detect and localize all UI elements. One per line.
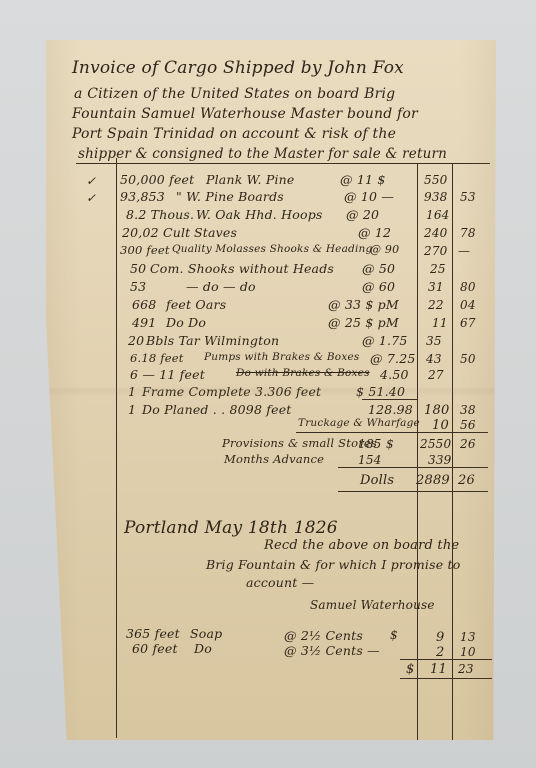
item-dollars: 35 <box>426 334 442 348</box>
item-dollars: 240 <box>424 226 448 240</box>
total-cents: 26 <box>458 473 475 488</box>
item-desc: Bbls Tar Wilmington <box>146 333 279 348</box>
receipt-line-2: Brig Fountain & for which I promise to <box>206 557 460 572</box>
item-qty: 50 <box>130 261 146 276</box>
item-cents: — <box>458 244 470 258</box>
item-rate: @ 25 $ pM <box>328 315 399 330</box>
soap-total-dollars: 11 <box>430 662 447 677</box>
item-cents: 78 <box>460 226 476 240</box>
item-dollars: 43 <box>426 352 442 366</box>
advance-dollars: 339 <box>428 453 452 467</box>
subtotal-cents: 26 <box>460 437 476 451</box>
item-rate: @ 33 $ pM <box>328 297 399 312</box>
total-dollars: 2889 <box>416 473 450 488</box>
item-desc: W. Oak Hhd. Hoops <box>196 207 323 222</box>
item-rate: @ 60 <box>362 279 395 294</box>
item-cents: 50 <box>460 352 476 366</box>
item-qty: 668 <box>132 297 156 312</box>
dollar-sign: $ <box>386 437 394 451</box>
item-desc: — do — do <box>186 279 256 294</box>
margin-line <box>116 158 117 738</box>
soap-underline <box>400 678 492 679</box>
soap-total-cents: 23 <box>458 662 474 676</box>
item-qty: 1 <box>128 384 136 399</box>
total-underline <box>338 491 488 492</box>
item-rate: $ 51.40 <box>356 384 405 399</box>
item-rate: 128.98 <box>368 402 413 417</box>
item-rate: @ 11 $ <box>340 172 386 187</box>
item-rate: @ 50 <box>362 261 395 276</box>
header-line-1: Invoice of Cargo Shipped by John Fox <box>72 58 404 78</box>
soap-qty: 60 feet <box>132 641 178 656</box>
item-qty: 20 <box>128 333 144 348</box>
total-label: Dolls <box>360 473 394 488</box>
provisions-label: Provisions & small Stores <box>222 436 377 450</box>
item-dollars: 11 <box>432 316 448 330</box>
header-line-4: Port Spain Trinidad on account & risk of… <box>72 126 396 142</box>
header-rule <box>76 163 490 164</box>
subtotal-rule <box>362 399 418 400</box>
item-qty: 53 <box>130 279 146 294</box>
item-qty: 300 feet <box>120 243 170 257</box>
item-cents: 53 <box>460 190 476 204</box>
dollars-column-line <box>417 164 418 740</box>
item-rate: 4.50 <box>380 367 409 382</box>
item-desc: Truckage & Wharfage <box>298 417 420 429</box>
cents-column-line <box>452 164 453 740</box>
item-rate: @ 90 <box>370 243 399 256</box>
item-dollars: 27 <box>428 368 444 382</box>
total-rule <box>338 467 488 468</box>
header-line-5: shipper & consigned to the Master for sa… <box>78 146 447 162</box>
item-dollars: 938 <box>424 190 448 204</box>
receipt-line-1: Recd the above on board the <box>264 538 459 553</box>
item-desc: Frame Complete 3.306 feet <box>142 384 321 399</box>
item-cents: 56 <box>460 418 476 432</box>
item-desc: " W. Pine Boards <box>176 189 284 204</box>
invoice-paper: Invoice of Cargo Shipped by John Fox a C… <box>46 40 496 740</box>
item-desc: Do Planed . . 8098 feet <box>142 402 292 417</box>
item-qty: 93,853 <box>120 189 165 204</box>
item-qty: 20,02 Cult <box>122 225 190 240</box>
soap-rate: @ 3½ Cents — <box>284 643 380 658</box>
item-desc: Do Do <box>166 315 206 330</box>
item-qty: 6 — 11 feet <box>130 367 205 382</box>
item-cents: 67 <box>460 316 476 330</box>
header-line-3: Fountain Samuel Waterhouse Master bound … <box>72 106 418 122</box>
item-dollars: 25 <box>430 262 446 276</box>
item-qty: 491 <box>132 315 156 330</box>
provisions-amount: 185 <box>358 437 382 451</box>
item-qty: 6.18 feet <box>130 351 184 365</box>
item-dollars: 22 <box>428 298 444 312</box>
item-qty: 1 <box>128 402 136 417</box>
item-dollars: 10 <box>432 418 449 433</box>
item-desc: Pumps with Brakes & Boxes <box>204 351 359 363</box>
item-desc: Do with Brakes & Boxes <box>236 367 370 379</box>
check-mark: ✓ <box>86 174 96 188</box>
item-rate: @ 10 — <box>344 189 394 204</box>
soap-cents: 10 <box>460 645 476 659</box>
header-line-2: a Citizen of the United States on board … <box>74 86 395 102</box>
truckage-rule <box>296 432 488 433</box>
item-dollars: 180 <box>424 403 449 418</box>
item-cents: 04 <box>460 298 476 312</box>
signature: Samuel Waterhouse <box>310 598 435 612</box>
item-cents: 80 <box>460 280 476 294</box>
soap-desc: Do <box>194 641 212 656</box>
item-qty: 8.2 Thous. <box>126 207 194 222</box>
item-rate: @ 12 <box>358 225 391 240</box>
item-rate: @ 20 <box>346 207 379 222</box>
soap-cents: 13 <box>460 630 476 644</box>
soap-desc: Soap <box>190 626 222 641</box>
item-rate: @ 7.25 <box>370 351 416 366</box>
item-dollars: 164 <box>426 208 450 222</box>
soap-total-sign: $ <box>406 662 414 677</box>
item-rate: @ 1.75 <box>362 333 408 348</box>
item-desc: Quality Molasses Shooks & Heading <box>172 243 372 255</box>
item-dollars: 550 <box>424 173 448 187</box>
item-desc: Com. Shooks without Heads <box>150 261 334 276</box>
advance-amount: 154 <box>358 453 382 467</box>
place-date: Portland May 18th 1826 <box>124 518 338 538</box>
soap-qty: 365 feet <box>126 626 180 641</box>
soap-rule <box>400 659 492 660</box>
item-desc: feet Oars <box>166 297 226 312</box>
soap-rate: @ 2½ Cents <box>284 628 363 643</box>
receipt-line-3: account — <box>246 575 314 590</box>
item-cents: 38 <box>460 403 476 417</box>
item-desc: Plank W. Pine <box>206 172 295 187</box>
advance-label: Months Advance <box>224 452 324 466</box>
soap-dollars: 9 <box>436 630 444 645</box>
soap-dollars: 2 <box>436 645 444 660</box>
subtotal-dollars: 2550 <box>420 437 451 451</box>
item-dollars: 270 <box>424 244 448 258</box>
soap-sign: $ <box>390 628 398 642</box>
item-qty: 50,000 feet <box>120 172 194 187</box>
check-mark: ✓ <box>86 191 96 205</box>
item-desc: Staves <box>194 225 237 240</box>
item-dollars: 31 <box>428 280 444 294</box>
